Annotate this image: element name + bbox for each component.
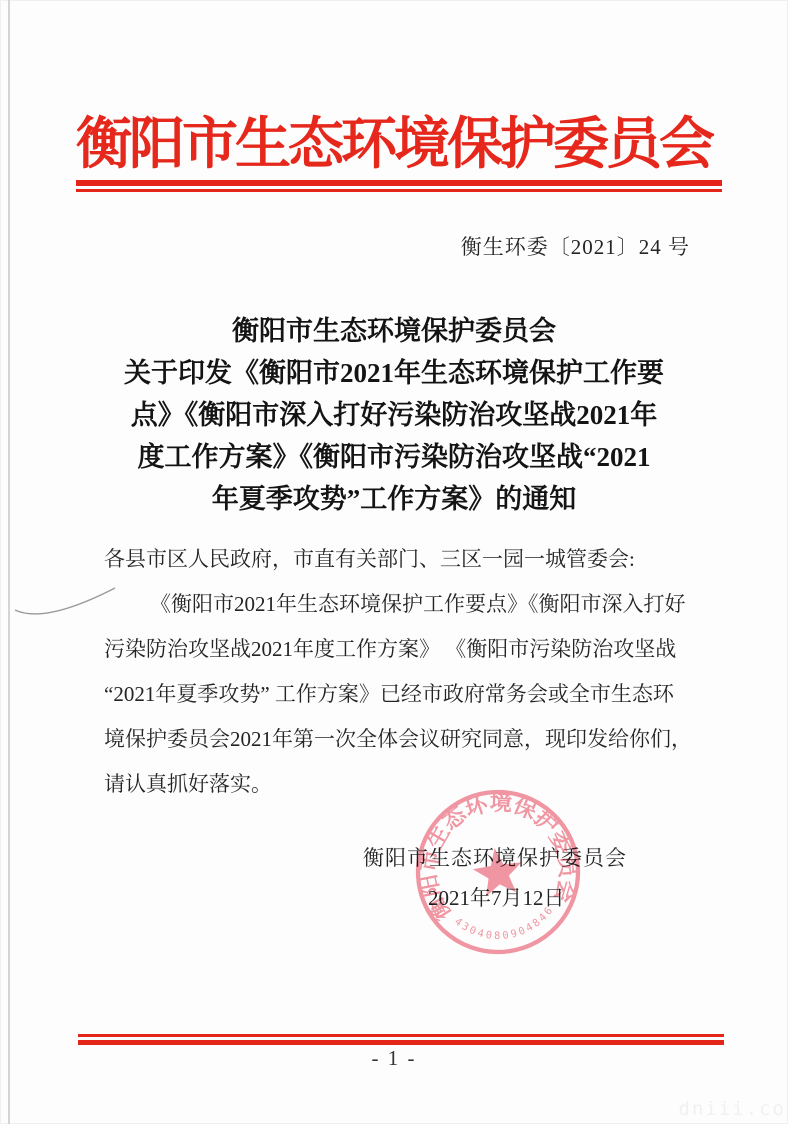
red-separator-top-thick <box>76 180 722 186</box>
red-separator-bottom-thin <box>78 1034 724 1037</box>
body-line: 境保护委员会2021年第一次全体会议研究同意，现印发给你们， <box>104 717 720 762</box>
notice-title-line: 衡阳市生态环境保护委员会 <box>0 310 788 352</box>
seal-ring <box>408 782 589 963</box>
body-line: 《衡阳市2021年生态环境保护工作要点》《衡阳市深入打好 <box>104 582 720 627</box>
body-line: 请认真抓好落实。 <box>104 762 720 807</box>
signature-org: 衡阳市生态环境保护委员会 <box>363 842 627 872</box>
notice-title-line: 年夏季攻势”工作方案》的通知 <box>0 478 788 520</box>
red-separator-top-thin <box>76 189 722 192</box>
salutation-line: 各县市区人民政府，市直有关部门、三区一园一城管委会: <box>104 537 720 582</box>
page-number: - 1 - <box>0 1046 788 1071</box>
watermark-text: dniii.co <box>678 1098 786 1120</box>
body-line: 污染防治攻坚战2021年度工作方案》 《衡阳市污染防治攻坚战 <box>104 627 720 672</box>
body-line: “2021年夏季攻势” 工作方案》已经市政府常务会或全市生态环 <box>104 672 720 717</box>
notice-title-line: 关于印发《衡阳市2021年生态环境保护工作要 <box>0 352 788 394</box>
notice-title: 衡阳市生态环境保护委员会 关于印发《衡阳市2021年生态环境保护工作要 点》《衡… <box>0 310 788 520</box>
scanned-document-page: 衡阳市生态环境保护委员会 衡生环委〔2021〕24 号 衡阳市生态环境保护委员会… <box>0 0 788 1124</box>
notice-title-line: 点》《衡阳市深入打好污染防治攻坚战2021年 <box>0 394 788 436</box>
signature-date: 2021年7月12日 <box>428 882 565 912</box>
notice-body: 各县市区人民政府，市直有关部门、三区一园一城管委会: 《衡阳市2021年生态环境… <box>104 537 720 807</box>
red-separator-bottom-thick <box>78 1040 724 1045</box>
document-number: 衡生环委〔2021〕24 号 <box>461 231 690 261</box>
letterhead-org-title: 衡阳市生态环境保护委员会 <box>0 100 788 180</box>
notice-title-line: 度工作方案》《衡阳市污染防治攻坚战“2021 <box>0 436 788 478</box>
